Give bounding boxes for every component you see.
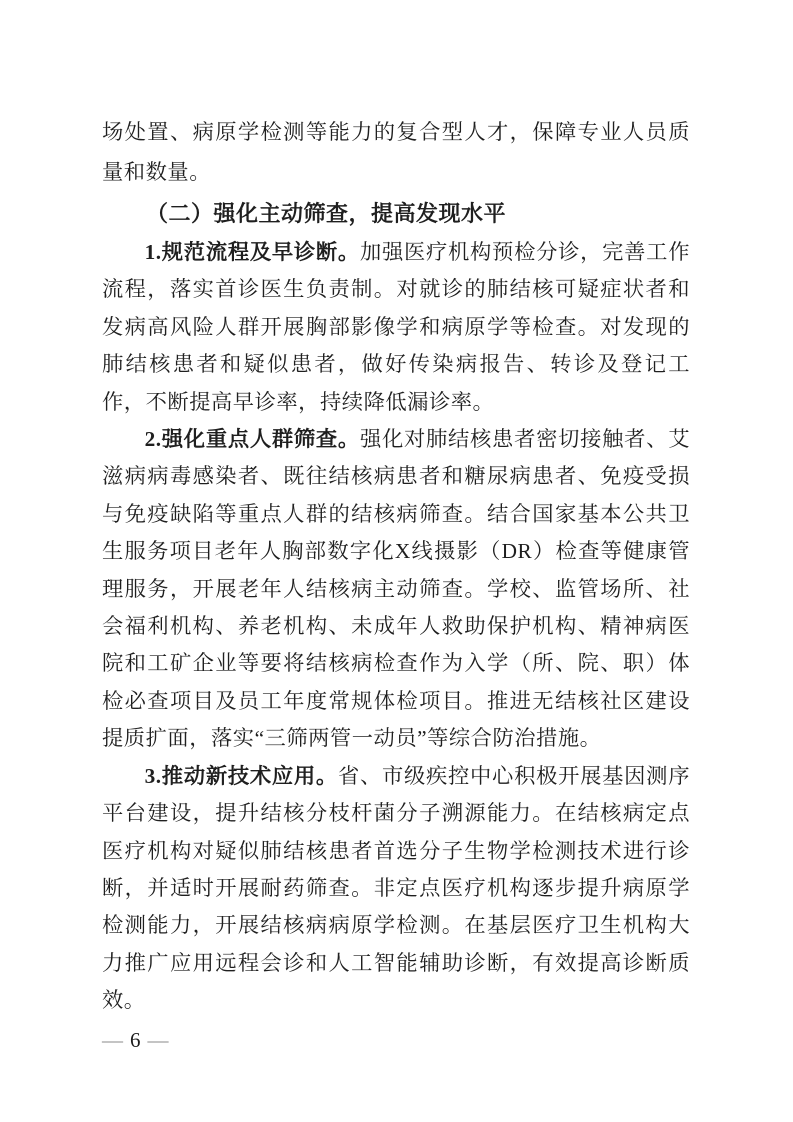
paragraph-1: 1.规范流程及早诊断。加强医疗机构预检分诊，完善工作流程，落实首诊医生负责制。对…: [102, 234, 690, 421]
paragraph-1-lead: 1.规范流程及早诊断。: [145, 240, 360, 264]
section-heading: （二）强化主动筛查，提高发现水平: [102, 194, 690, 234]
paragraph-3: 3.推动新技术应用。省、市级疾控中心积极开展基因测序平台建设，提升结核分枝杆菌分…: [102, 758, 690, 1020]
document-page: 场处置、病原学检测等能力的复合型人才，保障专业人员质量和数量。 （二）强化主动筛…: [0, 0, 793, 1122]
page-number-value: 6: [124, 1028, 148, 1052]
paragraph-1-text: 加强医疗机构预检分诊，完善工作流程，落实首诊医生负责制。对就诊的肺结核可疑症状者…: [102, 240, 690, 414]
paragraph-continuation: 场处置、病原学检测等能力的复合型人才，保障专业人员质量和数量。: [102, 112, 690, 192]
page-number: —6—: [102, 1027, 170, 1053]
document-body: 场处置、病原学检测等能力的复合型人才，保障专业人员质量和数量。 （二）强化主动筛…: [102, 112, 690, 1020]
paragraph-2-text: 强化对肺结核患者密切接触者、艾滋病病毒感染者、既往结核病患者和糖尿病患者、免疫受…: [102, 427, 690, 750]
paragraph-3-lead: 3.推动新技术应用。: [145, 764, 338, 788]
paragraph-3-text: 省、市级疾控中心积极开展基因测序平台建设，提升结核分枝杆菌分子溯源能力。在结核病…: [102, 764, 690, 1012]
page-number-dash-right: —: [148, 1028, 170, 1052]
paragraph-2-lead: 2.强化重点人群筛查。: [145, 427, 360, 451]
paragraph-2: 2.强化重点人群筛查。强化对肺结核患者密切接触者、艾滋病病毒感染者、既往结核病患…: [102, 421, 690, 758]
page-number-dash-left: —: [102, 1028, 124, 1052]
